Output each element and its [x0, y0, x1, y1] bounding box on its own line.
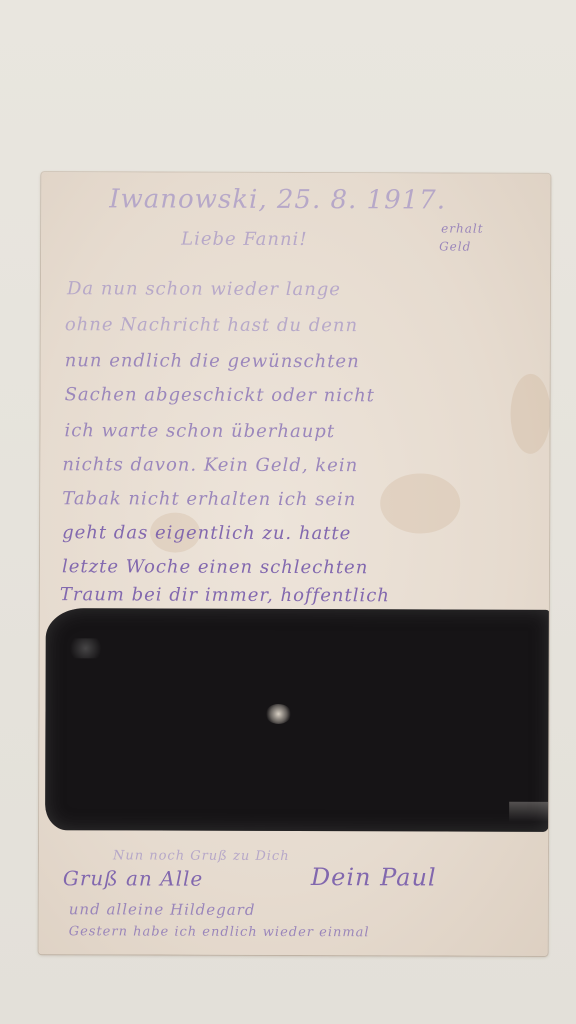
closing-line: und alleine Hildegard — [69, 900, 256, 919]
salutation: Liebe Fanni! — [181, 229, 308, 250]
margin-note: erhalt — [441, 222, 483, 236]
paper-stain — [380, 473, 460, 533]
redaction-texture — [509, 802, 549, 822]
body-line: ich warte schon überhaupt — [64, 420, 335, 442]
place-date: Iwanowski, 25. 8. 1917. — [109, 184, 446, 215]
signature: Dein Paul — [311, 863, 437, 891]
body-line: letzte Woche einen schlechten — [62, 556, 368, 578]
margin-note: Geld — [439, 240, 471, 254]
body-line: Traum bei dir immer, hoffentlich — [60, 584, 390, 606]
body-line: Tabak nicht erhalten ich sein — [62, 488, 356, 510]
redaction-bar — [45, 608, 550, 832]
body-line: ohne Nachricht hast du denn — [65, 314, 358, 336]
paper-stain — [510, 374, 550, 454]
redaction-scuff — [265, 704, 291, 724]
postcard: Iwanowski, 25. 8. 1917. Liebe Fanni! erh… — [39, 172, 551, 956]
closing-line: Gestern habe ich endlich wieder einmal — [69, 924, 370, 940]
body-line: geht das eigentlich zu. hatte — [62, 522, 351, 544]
body-line: Sachen abgeschickt oder nicht — [65, 384, 375, 406]
redaction-texture — [66, 638, 106, 658]
closing-line: Nun noch Gruß zu Dich — [113, 848, 290, 864]
body-line: nichts davon. Kein Geld, kein — [62, 454, 358, 476]
body-line: Da nun schon wieder lange — [67, 278, 341, 300]
body-line: nun endlich die gewünschten — [65, 350, 360, 372]
closing-line: Gruß an Alle — [63, 866, 203, 890]
